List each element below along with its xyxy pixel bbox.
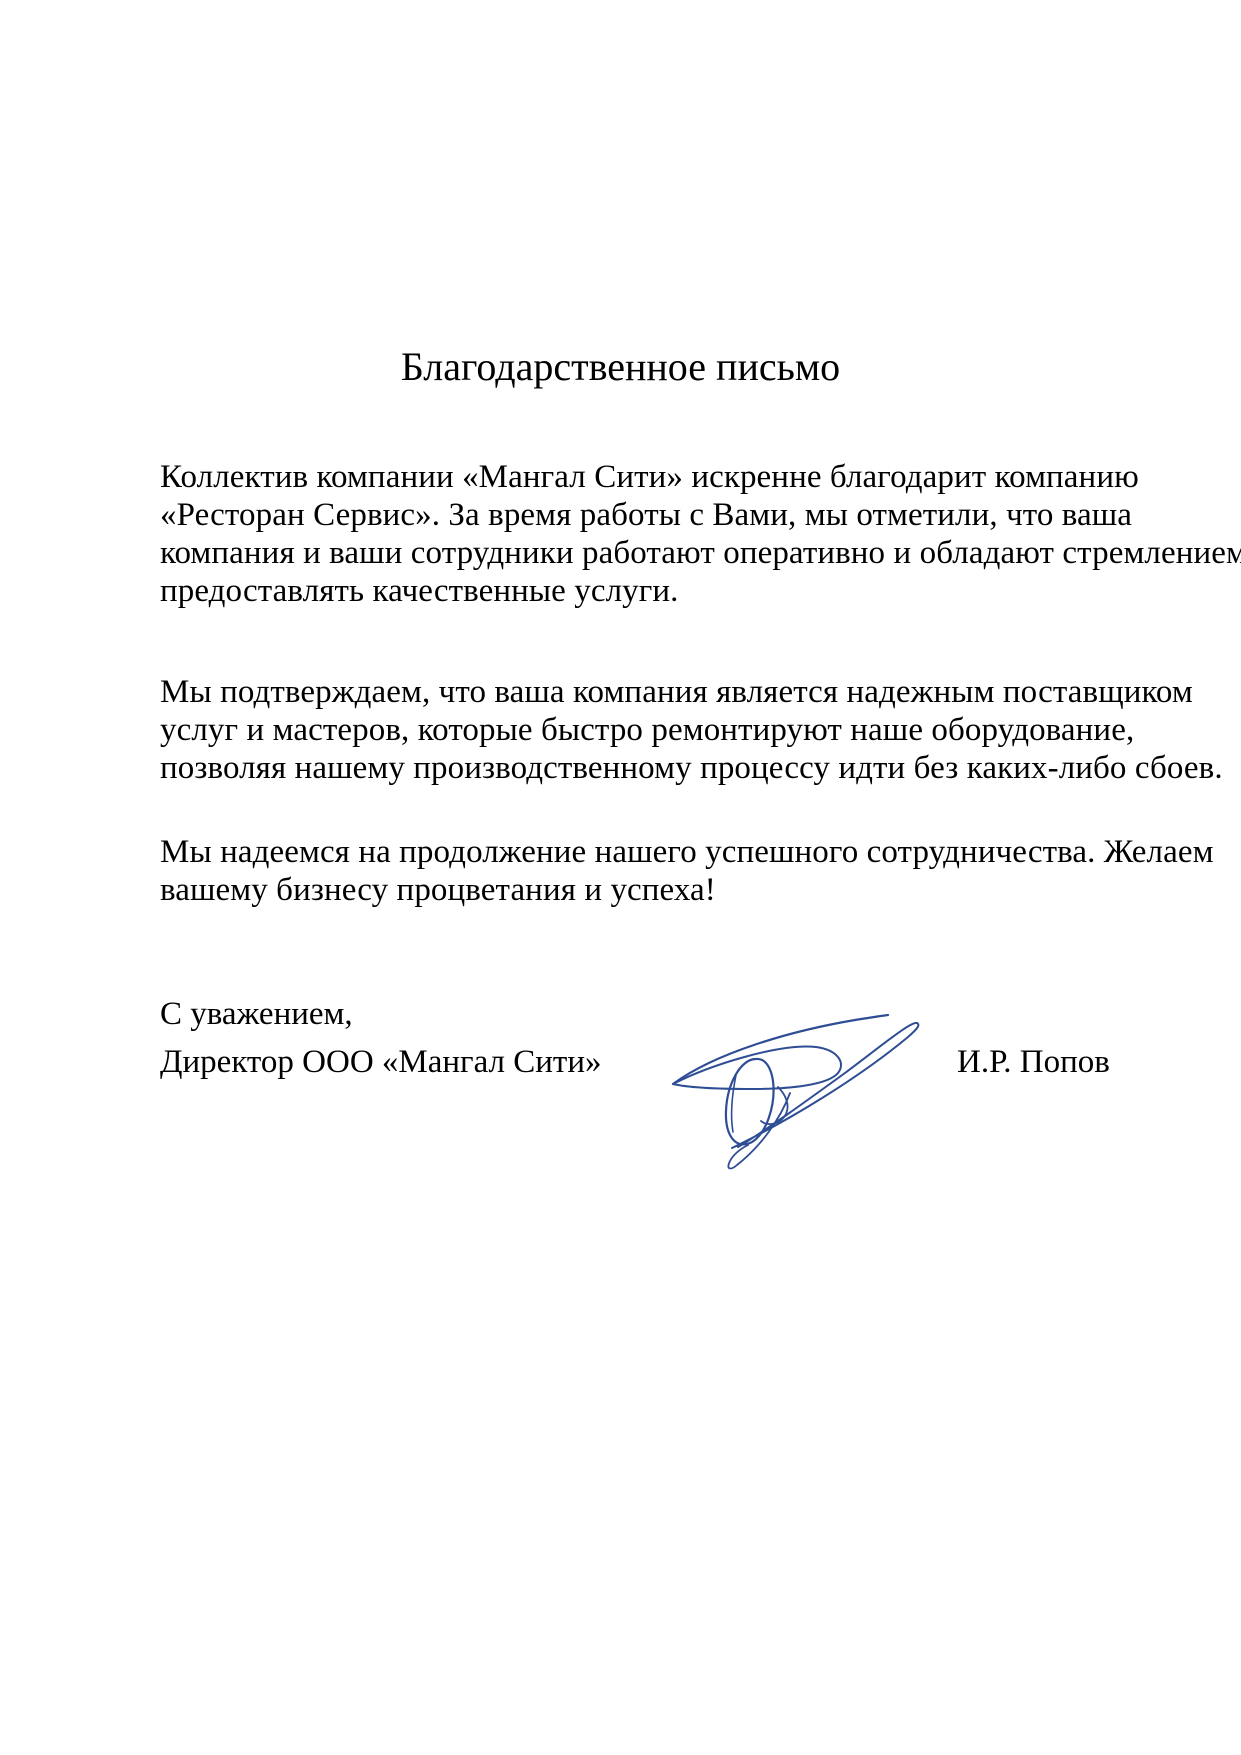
letter-page: Благодарственное письмо Коллектив компан… <box>0 0 1241 1755</box>
document-title: Благодарственное письмо <box>0 344 1241 390</box>
paragraph-gratitude: Коллектив компании «Мангал Сити» искренн… <box>160 458 1235 610</box>
signature <box>640 985 940 1195</box>
paragraph-wishes: Мы надеемся на продолжение нашего успешн… <box>160 833 1235 909</box>
signer-name: И.Р. Попов <box>957 1043 1110 1081</box>
signature-icon <box>640 985 940 1195</box>
closing-regards: С уважением, <box>160 995 353 1033</box>
signer-title: Директор ООО «Мангал Сити» <box>160 1043 602 1081</box>
paragraph-confirmation: Мы подтверждаем, что ваша компания являе… <box>160 673 1235 787</box>
